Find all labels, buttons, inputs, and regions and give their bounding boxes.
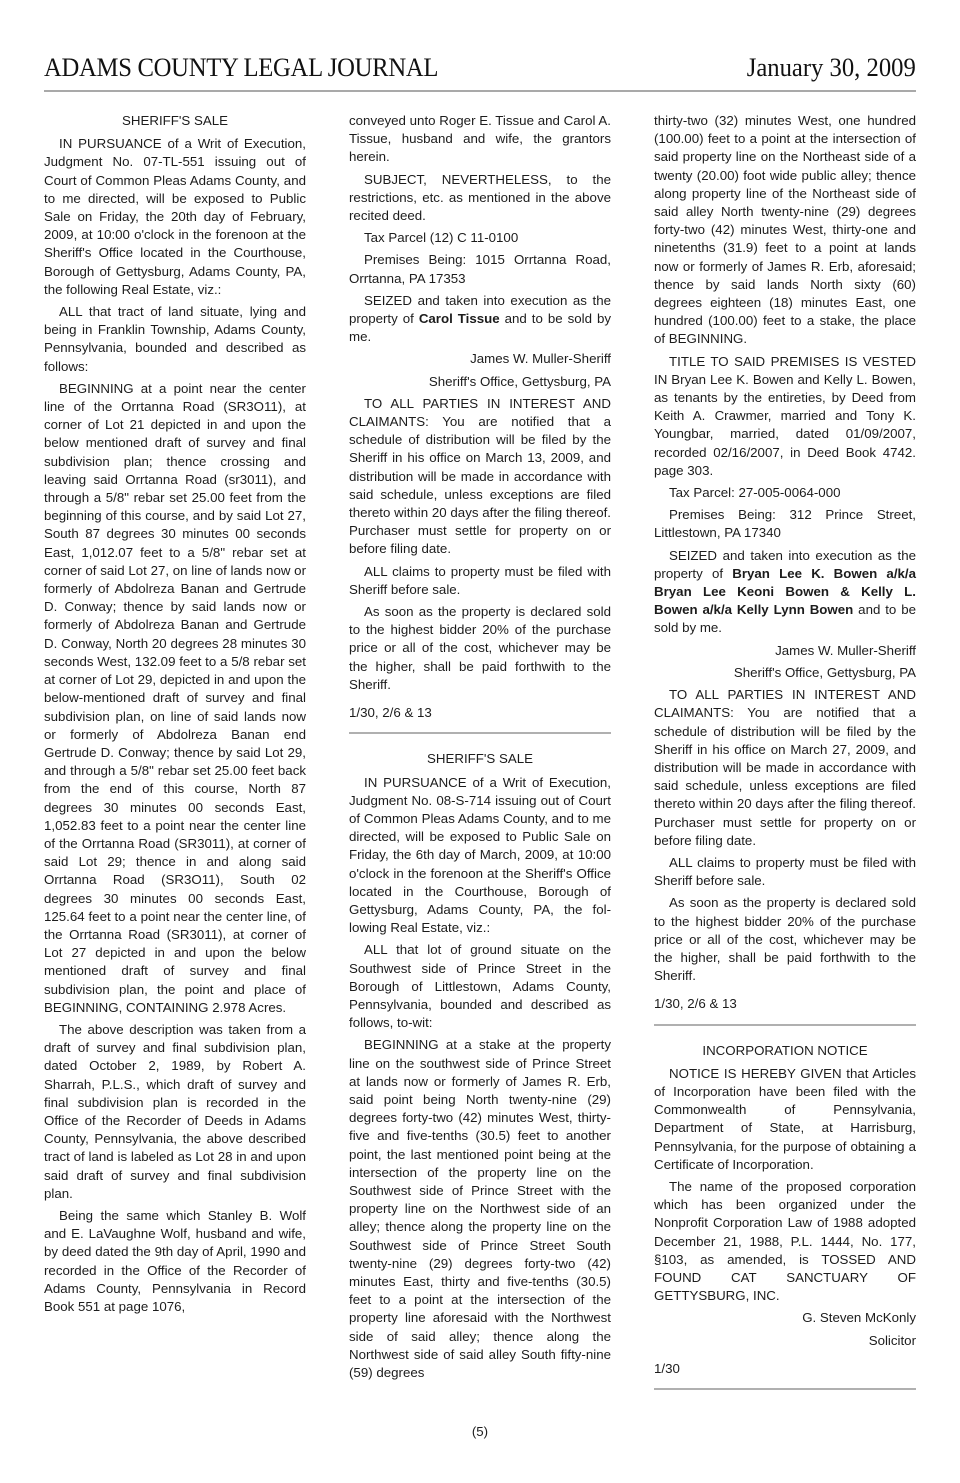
- masthead-divider: [44, 90, 916, 92]
- tract-paragraph: ALL that tract of land situate, lying an…: [44, 303, 306, 376]
- solicitor-title: Solicitor: [654, 1332, 916, 1350]
- conveyance-paragraph: conveyed unto Roger E. Tissue and Carol …: [349, 112, 611, 167]
- tax-parcel: Tax Parcel: 27-005-0064-000: [654, 484, 916, 502]
- run-dates: 1/30, 2/6 & 13: [349, 704, 611, 722]
- notice-divider: [349, 732, 611, 734]
- issue-date: January 30, 2009: [747, 52, 916, 83]
- sheriff-name: James W. Muller-Sheriff: [654, 642, 916, 660]
- solicitor-name: G. Steven McKonly: [654, 1309, 916, 1327]
- sheriff-name: James W. Muller-Sheriff: [349, 350, 611, 368]
- notice-heading: SHERIFF'S SALE: [44, 112, 306, 130]
- sheriff-office: Sheriff's Office, Gettysburg, PA: [654, 664, 916, 682]
- subject-paragraph: SUBJECT, NEVERTHELESS, to the restrictio…: [349, 171, 611, 226]
- defendant-name: Carol Tissue: [419, 311, 500, 326]
- column-2: conveyed unto Roger E. Tissue and Carol …: [349, 112, 611, 1386]
- seized-paragraph: SEIZED and taken into execution as the p…: [654, 547, 916, 638]
- masthead: ADAMS COUNTY LEGAL JOURNAL January 30, 2…: [44, 52, 916, 92]
- title-paragraph: TITLE TO SAID PREMISES IS VEST­ED IN Bry…: [654, 353, 916, 480]
- run-dates: 1/30: [654, 1360, 916, 1378]
- boundary-continued: thirty-two (32) minutes West, one hun­dr…: [654, 112, 916, 349]
- run-dates: 1/30, 2/6 & 13: [654, 995, 916, 1013]
- premises-address: Premises Being: 312 Prince Street, Littl…: [654, 506, 916, 542]
- bidder-paragraph: As soon as the property is declared sold…: [349, 603, 611, 694]
- survey-paragraph: The above description was taken from a d…: [44, 1021, 306, 1203]
- writ-paragraph: IN PURSUANCE of a Writ of Execu­tion, Ju…: [44, 135, 306, 299]
- boundary-description: BEGINNING at a point near the center lin…: [44, 380, 306, 1017]
- parties-paragraph: TO ALL PARTIES IN INTEREST AND CLAIMANTS…: [654, 686, 916, 850]
- deed-paragraph: Being the same which Stanley B. Wolf and…: [44, 1207, 306, 1316]
- column-1: SHERIFF'S SALE IN PURSUANCE of a Writ of…: [44, 112, 306, 1320]
- bidder-paragraph: As soon as the property is declared sold…: [654, 894, 916, 985]
- tax-parcel: Tax Parcel (12) C 11-0100: [349, 229, 611, 247]
- incorporation-heading: INCORPORATION NOTICE: [654, 1042, 916, 1060]
- notice-heading: SHERIFF'S SALE: [349, 750, 611, 768]
- journal-title: ADAMS COUNTY LEGAL JOURNAL: [44, 52, 438, 83]
- corporation-name-paragraph: The name of the proposed corporation whi…: [654, 1178, 916, 1305]
- sheriff-office: Sheriff's Office, Gettysburg, PA: [349, 373, 611, 391]
- notice-divider: [654, 1024, 916, 1026]
- claims-paragraph: ALL claims to property must be filed wit…: [654, 854, 916, 890]
- parties-paragraph: TO ALL PARTIES IN INTEREST AND CLAIMANTS…: [349, 395, 611, 559]
- writ-paragraph: IN PURSUANCE of a Writ of Execu­tion, Ju…: [349, 774, 611, 938]
- notice-divider: [654, 1388, 916, 1390]
- page-number: (5): [0, 1424, 960, 1439]
- lot-paragraph: ALL that lot of ground situate on the So…: [349, 941, 611, 1032]
- premises-address: Premises Being: 1015 Orrtanna Road, Orrt…: [349, 251, 611, 287]
- boundary-description: BEGINNING at a stake at the property lin…: [349, 1036, 611, 1382]
- incorporation-paragraph: NOTICE IS HEREBY GIVEN that Articles of …: [654, 1065, 916, 1174]
- column-3: thirty-two (32) minutes West, one hun­dr…: [654, 112, 916, 1406]
- claims-paragraph: ALL claims to property must be filed wit…: [349, 563, 611, 599]
- seized-paragraph: SEIZED and taken into execution as the p…: [349, 292, 611, 347]
